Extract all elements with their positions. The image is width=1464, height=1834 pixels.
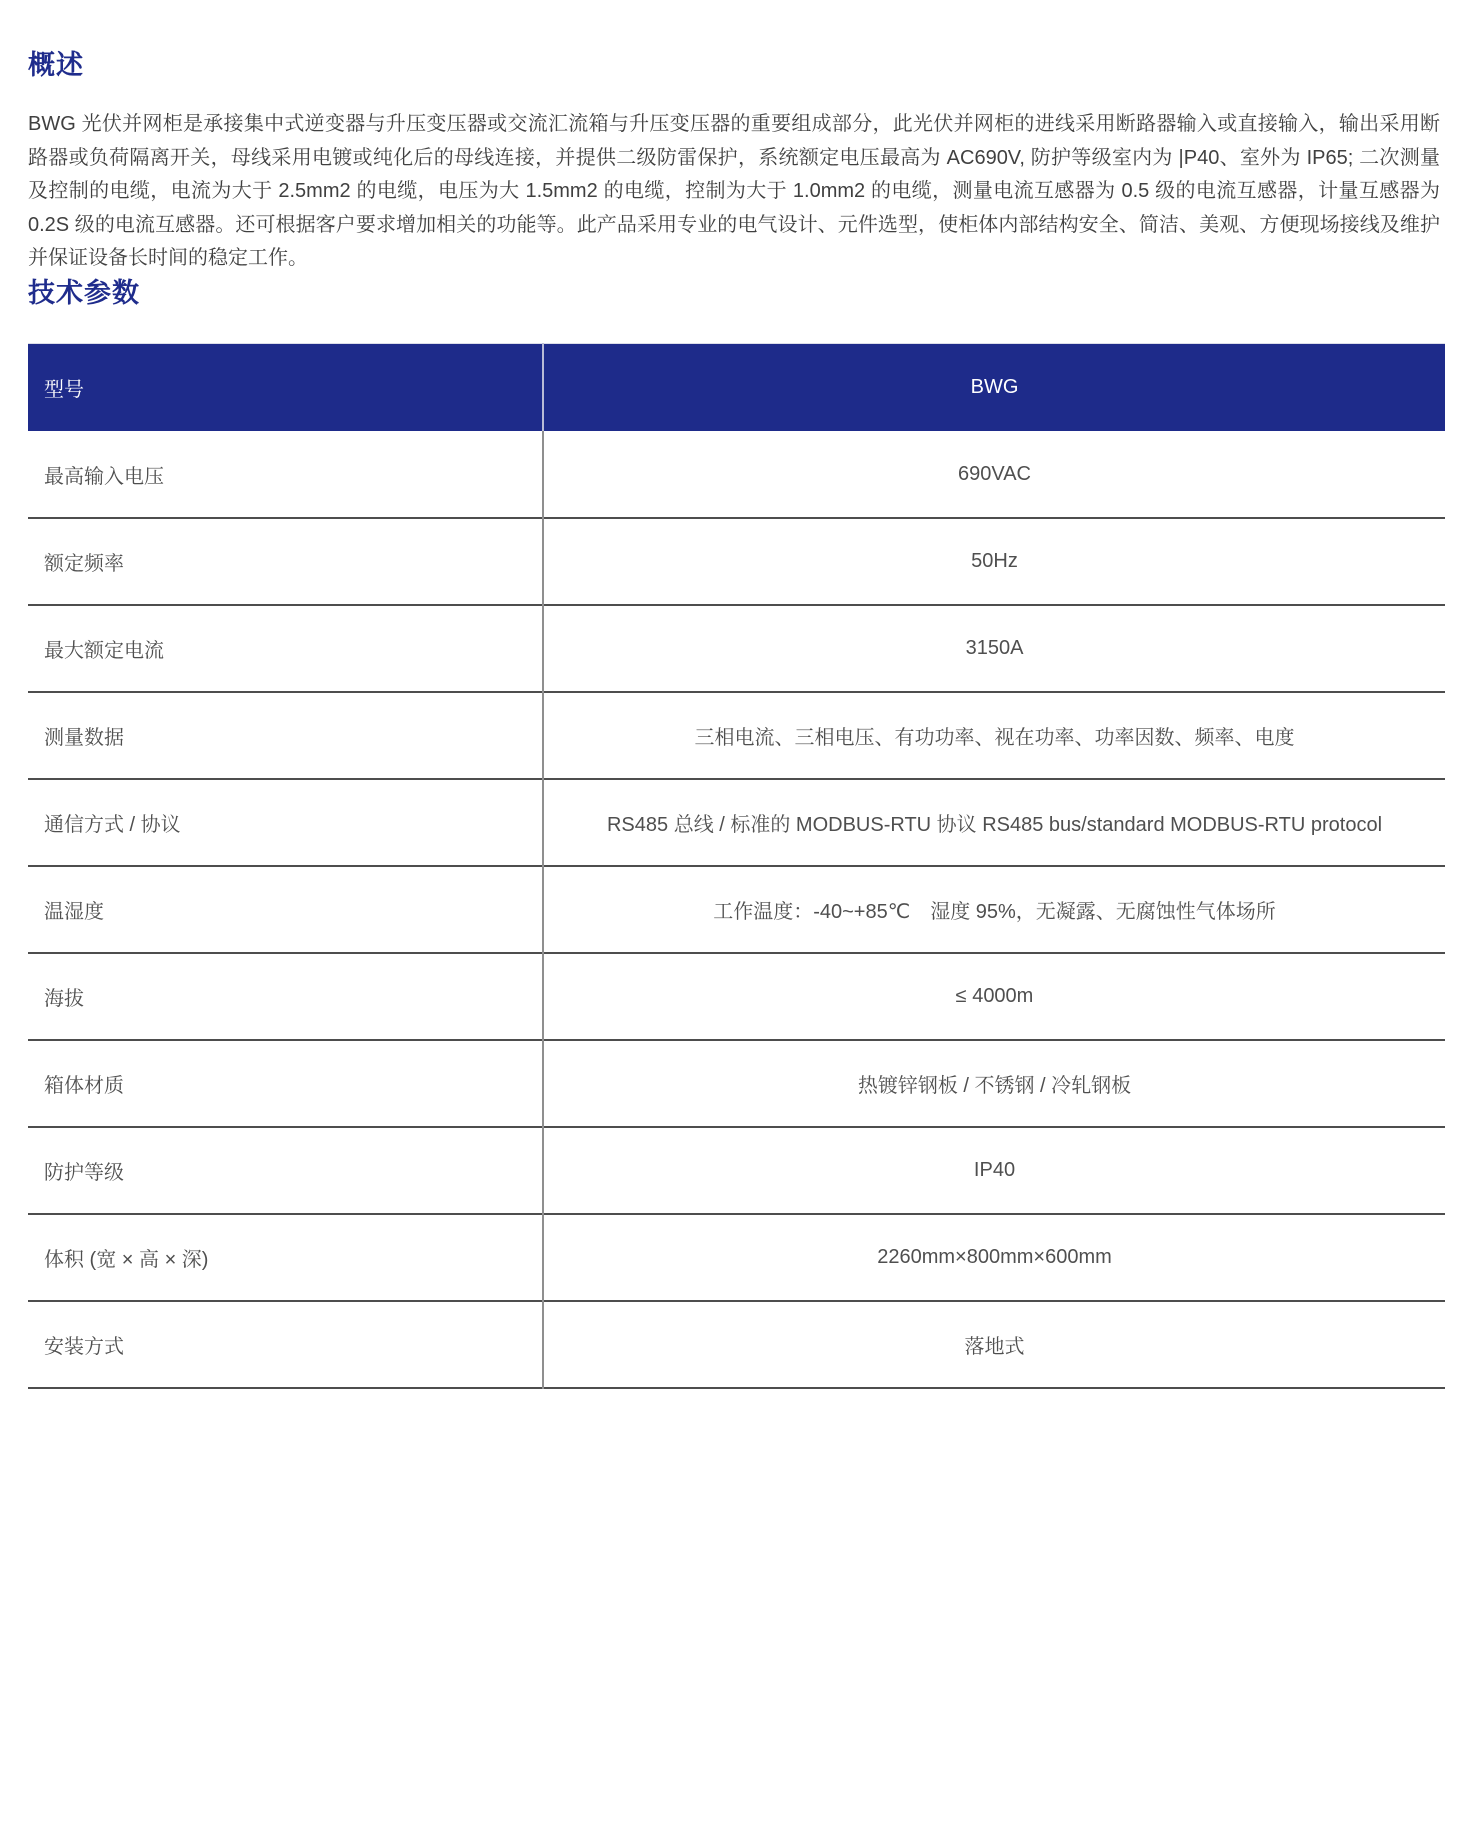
spec-value: 3150A (543, 605, 1445, 692)
spec-label: 额定频率 (28, 518, 543, 605)
table-row: 通信方式 / 协议 RS485 总线 / 标准的 MODBUS-RTU 协议 R… (28, 779, 1445, 866)
spec-label: 最大额定电流 (28, 605, 543, 692)
spec-label: 体积 (宽 × 高 × 深) (28, 1214, 543, 1301)
spec-value: IP40 (543, 1127, 1445, 1214)
table-row: 额定频率 50Hz (28, 518, 1445, 605)
table-row: 箱体材质 热镀锌钢板 / 不锈钢 / 冷轧钢板 (28, 1040, 1445, 1127)
specs-table: 型号 BWG 最高输入电压 690VAC 额定频率 50Hz 最大额定电流 31… (28, 343, 1445, 1390)
spec-label: 防护等级 (28, 1127, 543, 1214)
spec-label: 安装方式 (28, 1301, 543, 1388)
table-row: 安装方式 落地式 (28, 1301, 1445, 1388)
table-row: 最高输入电压 690VAC (28, 431, 1445, 518)
spec-value: 工作温度：-40~+85℃ 湿度 95%，无凝露、无腐蚀性气体场所 (543, 866, 1445, 953)
spec-value: 50Hz (543, 518, 1445, 605)
spec-label: 箱体材质 (28, 1040, 543, 1127)
table-row: 海拔 ≤ 4000m (28, 953, 1445, 1040)
table-row: 防护等级 IP40 (28, 1127, 1445, 1214)
spec-label: 温湿度 (28, 866, 543, 953)
spec-value: 三相电流、三相电压、有功功率、视在功率、功率因数、频率、电度 (543, 692, 1445, 779)
spec-label: 通信方式 / 协议 (28, 779, 543, 866)
spec-value: RS485 总线 / 标准的 MODBUS-RTU 协议 RS485 bus/s… (543, 779, 1445, 866)
overview-heading: 概述 (28, 0, 1464, 82)
spec-label: 最高输入电压 (28, 431, 543, 518)
table-row: 体积 (宽 × 高 × 深) 2260mm×800mm×600mm (28, 1214, 1445, 1301)
table-row: 测量数据 三相电流、三相电压、有功功率、视在功率、功率因数、频率、电度 (28, 692, 1445, 779)
spec-value: 690VAC (543, 431, 1445, 518)
table-header-value: BWG (543, 343, 1445, 431)
table-row: 温湿度 工作温度：-40~+85℃ 湿度 95%，无凝露、无腐蚀性气体场所 (28, 866, 1445, 953)
spec-value: ≤ 4000m (543, 953, 1445, 1040)
product-spec-page: 概述 BWG 光伏并网柜是承接集中式逆变器与升压变压器或交流汇流箱与升压变压器的… (0, 0, 1464, 1389)
table-header-label: 型号 (28, 343, 543, 431)
table-body: 最高输入电压 690VAC 额定频率 50Hz 最大额定电流 3150A 测量数… (28, 431, 1445, 1388)
spec-value: 热镀锌钢板 / 不锈钢 / 冷轧钢板 (543, 1040, 1445, 1127)
specs-heading: 技术参数 (28, 276, 1464, 310)
spec-value: 落地式 (543, 1301, 1445, 1388)
overview-paragraph: BWG 光伏并网柜是承接集中式逆变器与升压变压器或交流汇流箱与升压变压器的重要组… (28, 108, 1440, 276)
spec-label: 海拔 (28, 953, 543, 1040)
table-row: 最大额定电流 3150A (28, 605, 1445, 692)
table-header-row: 型号 BWG (28, 343, 1445, 431)
spec-value: 2260mm×800mm×600mm (543, 1214, 1445, 1301)
spec-label: 测量数据 (28, 692, 543, 779)
